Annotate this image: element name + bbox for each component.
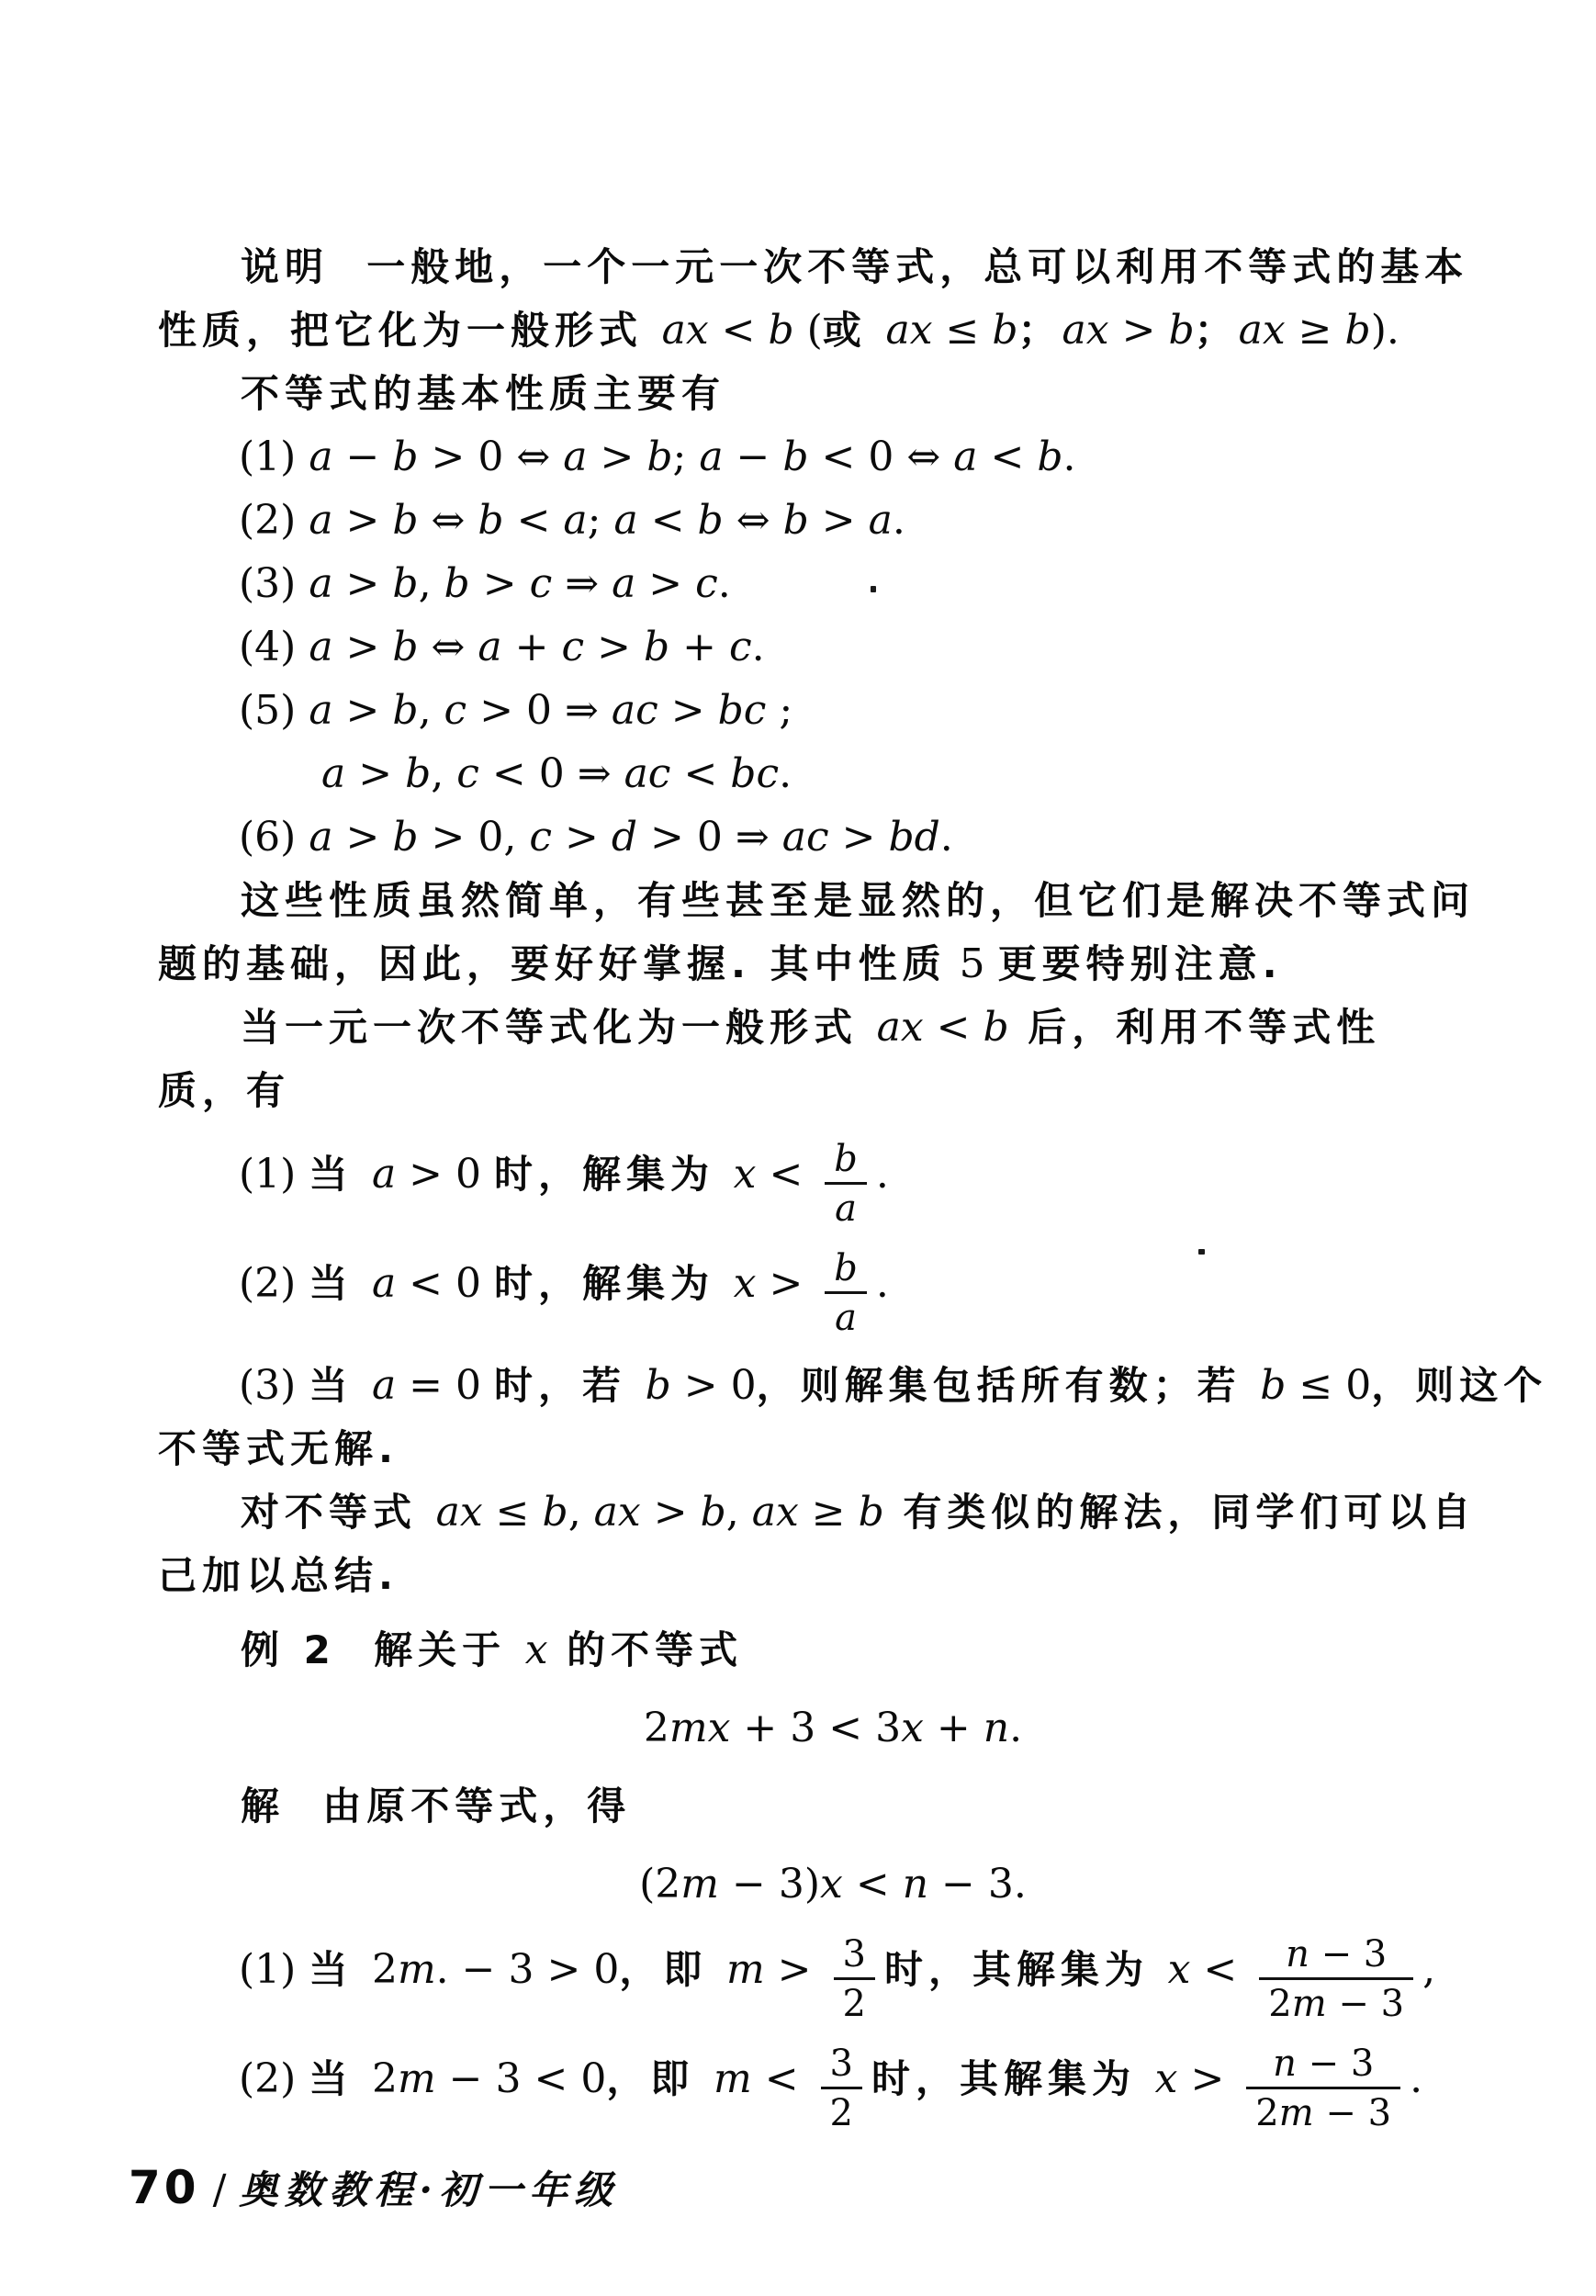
math-text: − 3 [1309, 1933, 1387, 1975]
text-line: 己加以总结. [158, 1544, 1508, 1607]
math-variable: x [734, 1260, 757, 1307]
math-text: (1) [239, 1151, 309, 1198]
math-variable: b [392, 560, 418, 607]
math-text: ≥ [799, 1489, 859, 1536]
math-text: > [584, 624, 644, 670]
math-variable: b [859, 1489, 884, 1536]
fraction-denominator: a [825, 1185, 867, 1232]
math-variable: a [309, 433, 332, 480]
page-body: 说明 一般地，一个一元一次不等式，总可以利用不等式的基本性质，把它化为一般形式 … [158, 235, 1508, 2149]
math-text: . [779, 750, 792, 797]
text-line: 说明 一般地，一个一元一次不等式，总可以利用不等式的基本 [158, 235, 1508, 298]
math-text: > [765, 1946, 825, 1993]
math-variable: b [1345, 307, 1371, 354]
math-text: < [709, 307, 769, 354]
cjk-text: 当一元一次不等式化为一般形式 [241, 1005, 877, 1050]
math-text: > [333, 687, 393, 734]
cjk-text: 后，利用不等式性 [1009, 1005, 1381, 1050]
cjk-text: 时，解集为 [494, 1152, 734, 1197]
math-variable: x [525, 1626, 548, 1673]
equation-line: (2m − 3)x < n − 3. [158, 1852, 1508, 1916]
math-variable: a [699, 433, 723, 480]
math-variable: ax [1239, 307, 1286, 354]
math-text: . [940, 814, 953, 861]
math-fraction: 32 [834, 1930, 875, 2027]
math-text: ≥ [1286, 307, 1345, 354]
math-variable: m [398, 1946, 436, 1993]
math-variable: bc [718, 687, 767, 734]
math-text: − 3 [1314, 2092, 1391, 2134]
text-line: a > b, c < 0 ⇒ ac < bc. [158, 742, 1508, 805]
math-text: , [726, 1489, 752, 1536]
math-text: (2) [239, 1260, 309, 1307]
text-line: (6) a > b > 0, c > d > 0 ⇒ ac > bd. [158, 805, 1508, 869]
math-text: − 3) [719, 1861, 820, 1908]
math-text: 2 [372, 1946, 398, 1993]
math-fraction: ba [825, 1135, 867, 1232]
text-line: (1) a − b > 0 ⇔ a > b; a − b < 0 ⇔ a < b… [158, 425, 1508, 489]
math-text: > [641, 1489, 701, 1536]
math-variable: c [561, 624, 584, 670]
math-variable: bd [888, 814, 939, 861]
math-text: . [876, 1151, 889, 1198]
math-variable: c [729, 624, 752, 670]
math-text: , [419, 687, 444, 734]
scanned-page: 说明 一般地，一个一元一次不等式，总可以利用不等式的基本性质，把它化为一般形式 … [0, 0, 1596, 2296]
text-line: (2) 当 a < 0 时，解集为 x > ba. [158, 1244, 1508, 1341]
math-variable: b [1260, 1362, 1286, 1409]
math-variable: ax [662, 307, 709, 354]
cjk-text: 当 [309, 1152, 372, 1197]
text-line: 不等式的基本性质主要有 [158, 362, 1508, 425]
math-text: . [752, 624, 765, 670]
page-number: 70 [129, 2161, 200, 2214]
math-variable: m [1292, 1983, 1327, 2025]
math-variable: ac [782, 814, 829, 861]
cjk-text: 的不等式 [548, 1627, 744, 1672]
math-variable: a [309, 497, 332, 544]
math-variable: b [769, 307, 794, 354]
math-text: (2) [239, 2055, 309, 2102]
cjk-text: 质，有 [158, 1068, 290, 1113]
math-variable: a [835, 1187, 857, 1230]
math-variable: ac [612, 687, 658, 734]
fraction-numerator: n − 3 [1259, 1930, 1413, 1980]
fraction-numerator: 3 [821, 2040, 862, 2089]
ink-speck [1198, 1249, 1205, 1255]
cjk-text: ，则这个 [1371, 1363, 1547, 1408]
math-variable: d [612, 814, 637, 861]
text-line: 不等式无解. [158, 1417, 1508, 1480]
math-variable: x [1155, 2055, 1178, 2102]
math-text: − 3 < 0 [436, 2055, 607, 2102]
math-text: + 3 < 3 [730, 1705, 901, 1751]
math-text: ⇔ [724, 497, 783, 544]
math-variable: b [1037, 433, 1062, 480]
math-variable: b [698, 497, 724, 544]
math-variable: a [309, 814, 332, 861]
math-variable: b [646, 1362, 671, 1409]
text-line: (2) a > b ⇔ b < a; a < b ⇔ b > a. [158, 489, 1508, 552]
text-line: (3) 当 a = 0 时，若 b > 0，则解集包括所有数；若 b ≤ 0，则… [158, 1354, 1508, 1417]
math-text: > 0 [671, 1362, 757, 1409]
fraction-denominator: 2m − 3 [1246, 2089, 1400, 2136]
math-text: (6) [239, 814, 309, 861]
cjk-text: ； [1018, 308, 1062, 353]
cjk-text: 解关于 [336, 1627, 525, 1672]
math-text: ; [673, 433, 700, 480]
math-text: . [1063, 433, 1076, 480]
math-text: < 0 ⇔ [809, 433, 954, 480]
cjk-text: 己加以总结. [158, 1553, 399, 1598]
fraction-denominator: 2m − 3 [1259, 1980, 1413, 2027]
math-variable: ac [624, 750, 671, 797]
math-variable: b [1168, 307, 1194, 354]
fraction-numerator: 3 [834, 1930, 875, 1980]
ink-speck [871, 586, 876, 592]
math-text: , [419, 560, 444, 607]
math-variable: b [392, 433, 418, 480]
cjk-text: ； [1195, 308, 1239, 353]
cjk-text: 由原不等式，得 [285, 1784, 631, 1829]
math-variable: x [1168, 1946, 1191, 1993]
math-variable: c [530, 560, 553, 607]
cjk-bold-text: 解 [241, 1784, 285, 1829]
math-variable: b [701, 1489, 726, 1536]
math-text: 2 [372, 2055, 398, 2102]
math-text: > [333, 560, 393, 607]
fraction-numerator: n − 3 [1246, 2040, 1400, 2089]
math-text: 2 [644, 1705, 669, 1751]
math-text: ⇔ [419, 624, 478, 670]
text-line: (5) a > b, c > 0 ⇒ ac > bc ; [158, 679, 1508, 742]
math-variable: b [992, 307, 1017, 354]
math-text: 2 [1255, 2092, 1278, 2134]
math-variable: x [820, 1861, 843, 1908]
math-text: 5 [947, 940, 998, 987]
fraction-numerator: b [825, 1244, 867, 1294]
math-text: > [470, 560, 530, 607]
math-text: (2 [639, 1861, 680, 1908]
text-line: 质，有 [158, 1059, 1508, 1122]
math-text: (1) [239, 1946, 309, 1993]
math-text: 2 [843, 1983, 866, 2025]
math-variable: n [1273, 2043, 1297, 2085]
math-text: (1) [239, 433, 309, 480]
math-text: ⇔ [419, 497, 478, 544]
math-text: − [724, 433, 783, 480]
math-variable: b [834, 1247, 858, 1289]
math-text: < [924, 1004, 983, 1051]
cjk-text: 时，若 [494, 1363, 646, 1408]
math-text: ). [1371, 307, 1399, 354]
math-variable: a [835, 1297, 857, 1339]
math-variable: a [372, 1151, 396, 1198]
math-variable: b [646, 433, 672, 480]
footer-separator: / [200, 2167, 240, 2213]
math-variable: ax [877, 1004, 924, 1051]
math-text: ⇒ [552, 560, 612, 607]
math-variable: m [680, 1861, 719, 1908]
math-text: > [1177, 2055, 1237, 2102]
math-variable: b [783, 497, 809, 544]
math-text: 3 [830, 2043, 853, 2085]
math-text: . [718, 560, 731, 607]
math-variable: a [563, 433, 587, 480]
math-text: ≤ [483, 1489, 543, 1536]
cjk-bold-text: 例 2 [241, 1627, 336, 1672]
text-line: (1) 当 a > 0 时，解集为 x < ba. [158, 1135, 1508, 1232]
math-text: + [924, 1705, 983, 1751]
cjk-text: 当 [309, 2056, 372, 2101]
text-line: 例 2 解关于 x 的不等式 [158, 1618, 1508, 1682]
math-text: < [756, 1151, 815, 1198]
text-line: 这些性质虽然简单，有些甚至是显然的，但它们是解决不等式问 [158, 869, 1508, 932]
math-variable: a [309, 624, 332, 670]
math-variable: m [726, 1946, 765, 1993]
math-fraction: n − 32m − 3 [1259, 1930, 1413, 2027]
math-variable: ax [885, 307, 932, 354]
math-text: > [658, 687, 718, 734]
math-variable: n [983, 1705, 1009, 1751]
math-variable: m [398, 2055, 436, 2102]
math-text: > [333, 814, 393, 861]
fraction-denominator: 2 [821, 2089, 862, 2136]
math-text: ≤ 0 [1286, 1362, 1371, 1409]
math-text: , [568, 1489, 594, 1536]
math-variable: b [405, 750, 431, 797]
math-text: < [843, 1861, 903, 1908]
math-variable: x [734, 1151, 757, 1198]
math-text: > [809, 497, 869, 544]
math-text: ( [794, 307, 823, 354]
math-text: < 0 [396, 1260, 494, 1307]
math-text: . [893, 497, 905, 544]
math-text: ; [588, 497, 614, 544]
text-line: 性质，把它化为一般形式 ax < b (或 ax ≤ b；ax > b；ax ≥… [158, 298, 1508, 362]
fraction-numerator: b [825, 1135, 867, 1185]
math-variable: b [392, 624, 418, 670]
math-text: > [829, 814, 889, 861]
cjk-text: 一般地，一个一元一次不等式，总可以利用不等式的基本 [329, 244, 1468, 289]
math-text: > [552, 814, 612, 861]
math-variable: a [613, 497, 637, 544]
cjk-text: 不等式的基本性质主要有 [241, 371, 725, 416]
text-line: (1) 当 2m. − 3 > 0，即 m > 32时，其解集为 x < n −… [158, 1930, 1508, 2027]
cjk-text: ，即 [619, 1947, 726, 1992]
math-variable: b [983, 1004, 1009, 1051]
math-text: (5) [239, 687, 309, 734]
math-variable: ax [594, 1489, 641, 1536]
fraction-denominator: a [825, 1294, 867, 1341]
math-variable: b [392, 687, 418, 734]
math-text: (3) [239, 1362, 309, 1409]
cjk-text: 题的基础，因此，要好好掌握. 其中性质 [158, 941, 947, 986]
cjk-text: 时，解集为 [494, 1261, 734, 1306]
math-variable: a [953, 433, 977, 480]
math-variable: n [1286, 1933, 1309, 1975]
math-variable: m [1279, 2092, 1314, 2134]
math-text: 2 [830, 2092, 853, 2134]
text-line: (3) a > b, b > c ⇒ a > c. [158, 552, 1508, 615]
math-variable: c [456, 750, 479, 797]
math-variable: m [714, 2055, 752, 2102]
math-text: > 0, [419, 814, 530, 861]
math-variable: b [478, 497, 503, 544]
math-variable: c [529, 814, 552, 861]
math-fraction: n − 32m − 3 [1246, 2040, 1400, 2136]
math-variable: ax [1062, 307, 1109, 354]
math-variable: x [901, 1705, 924, 1751]
math-text: + [502, 624, 562, 670]
math-variable: a [309, 560, 332, 607]
math-variable: a [372, 1362, 396, 1409]
math-text: > 0 ⇒ [466, 687, 612, 734]
math-fraction: 32 [821, 2040, 862, 2136]
math-variable: a [372, 1260, 396, 1307]
cjk-text: 不等式无解. [158, 1426, 399, 1471]
math-text: > 0 ⇔ [419, 433, 564, 480]
math-text: 3 [843, 1933, 866, 1975]
math-text: < [670, 750, 730, 797]
math-variable: a [478, 624, 501, 670]
math-variable: a [563, 497, 587, 544]
cjk-text: ，则解集包括所有数；若 [757, 1363, 1261, 1408]
math-variable: b [444, 560, 470, 607]
math-variable: a [612, 560, 635, 607]
math-text: > [635, 560, 695, 607]
math-text: , [431, 750, 456, 797]
math-text: ; [766, 687, 792, 734]
cjk-text: 时，其解集为 [884, 1947, 1168, 1992]
cjk-text: 有类似的解法，同学们可以自 [884, 1490, 1477, 1535]
math-text: (4) [239, 624, 309, 670]
equation-line: 2mx + 3 < 3x + n. [158, 1696, 1508, 1760]
cjk-text: 或 [823, 308, 886, 353]
math-text: < 0 ⇒ [479, 750, 624, 797]
math-variable: ax [436, 1489, 483, 1536]
text-line: (4) a > b ⇔ a + c > b + c. [158, 615, 1508, 679]
math-text: > [345, 750, 405, 797]
math-text: − 3 [1297, 2043, 1374, 2085]
math-text: − [333, 433, 393, 480]
math-text: ≤ [933, 307, 993, 354]
cjk-text: 性质，把它化为一般形式 [158, 308, 662, 353]
math-variable: b [392, 814, 418, 861]
math-text: 2 [1268, 1983, 1291, 2025]
cjk-text: 更要特别注意. [998, 941, 1283, 986]
math-text: (3) [239, 560, 309, 607]
math-text: + [669, 624, 729, 670]
math-variable: c [695, 560, 718, 607]
cjk-bold-text: 说明 [241, 244, 329, 289]
math-variable: bc [730, 750, 779, 797]
math-variable: a [321, 750, 345, 797]
cjk-text: ，即 [606, 2056, 714, 2101]
math-variable: b [782, 433, 808, 480]
math-text: > [587, 433, 646, 480]
math-text: . [1410, 2055, 1422, 2102]
math-text: . − 3 > 0 [436, 1946, 620, 1993]
text-line: 当一元一次不等式化为一般形式 ax < b 后，利用不等式性 [158, 996, 1508, 1059]
math-text: > [756, 1260, 815, 1307]
math-text: . [876, 1260, 889, 1307]
math-text: < [752, 2055, 812, 2102]
fraction-denominator: 2 [834, 1980, 875, 2027]
book-title: 奥数教程·初一年级 [239, 2167, 619, 2212]
math-text: = 0 [396, 1362, 494, 1409]
cjk-text: 当 [309, 1947, 372, 1992]
math-variable: a [309, 687, 332, 734]
cjk-text: 时，其解集为 [871, 2056, 1155, 2101]
cjk-text: 这些性质虽然简单，有些甚至是显然的，但它们是解决不等式问 [241, 878, 1475, 923]
math-variable: n [903, 1861, 928, 1908]
text-line: 解 由原不等式，得 [158, 1774, 1508, 1838]
math-text: − 3. [928, 1861, 1027, 1908]
math-text: . [1009, 1705, 1022, 1751]
math-variable: b [644, 624, 669, 670]
math-text: < [504, 497, 564, 544]
text-line: 题的基础，因此，要好好掌握. 其中性质 5 更要特别注意. [158, 932, 1508, 996]
math-text: , [1422, 1946, 1435, 1993]
math-variable: c [444, 687, 467, 734]
math-variable: ax [752, 1489, 799, 1536]
math-variable: a [869, 497, 893, 544]
text-line: (2) 当 2m − 3 < 0，即 m < 32时，其解集为 x > n − … [158, 2040, 1508, 2136]
page-footer: 70/奥数教程·初一年级 [129, 2160, 619, 2215]
cjk-text: 当 [309, 1261, 372, 1306]
math-text: > [1109, 307, 1169, 354]
math-text: (2) [239, 497, 309, 544]
math-text: > 0 ⇒ [637, 814, 782, 861]
text-line: 对不等式 ax ≤ b, ax > b, ax ≥ b 有类似的解法，同学们可以… [158, 1480, 1508, 1544]
cjk-text: 当 [309, 1363, 372, 1408]
math-variable: b [834, 1138, 858, 1180]
math-text: > 0 [396, 1151, 494, 1198]
math-text: − 3 [1327, 1983, 1404, 2025]
math-text: < [977, 433, 1037, 480]
math-text: > [333, 624, 393, 670]
math-text: < [1190, 1946, 1250, 1993]
math-variable: mx [669, 1705, 731, 1751]
math-variable: b [543, 1489, 568, 1536]
cjk-text: 对不等式 [241, 1490, 436, 1535]
math-text: > [333, 497, 393, 544]
math-text: < [638, 497, 698, 544]
math-variable: b [392, 497, 418, 544]
math-fraction: ba [825, 1244, 867, 1341]
